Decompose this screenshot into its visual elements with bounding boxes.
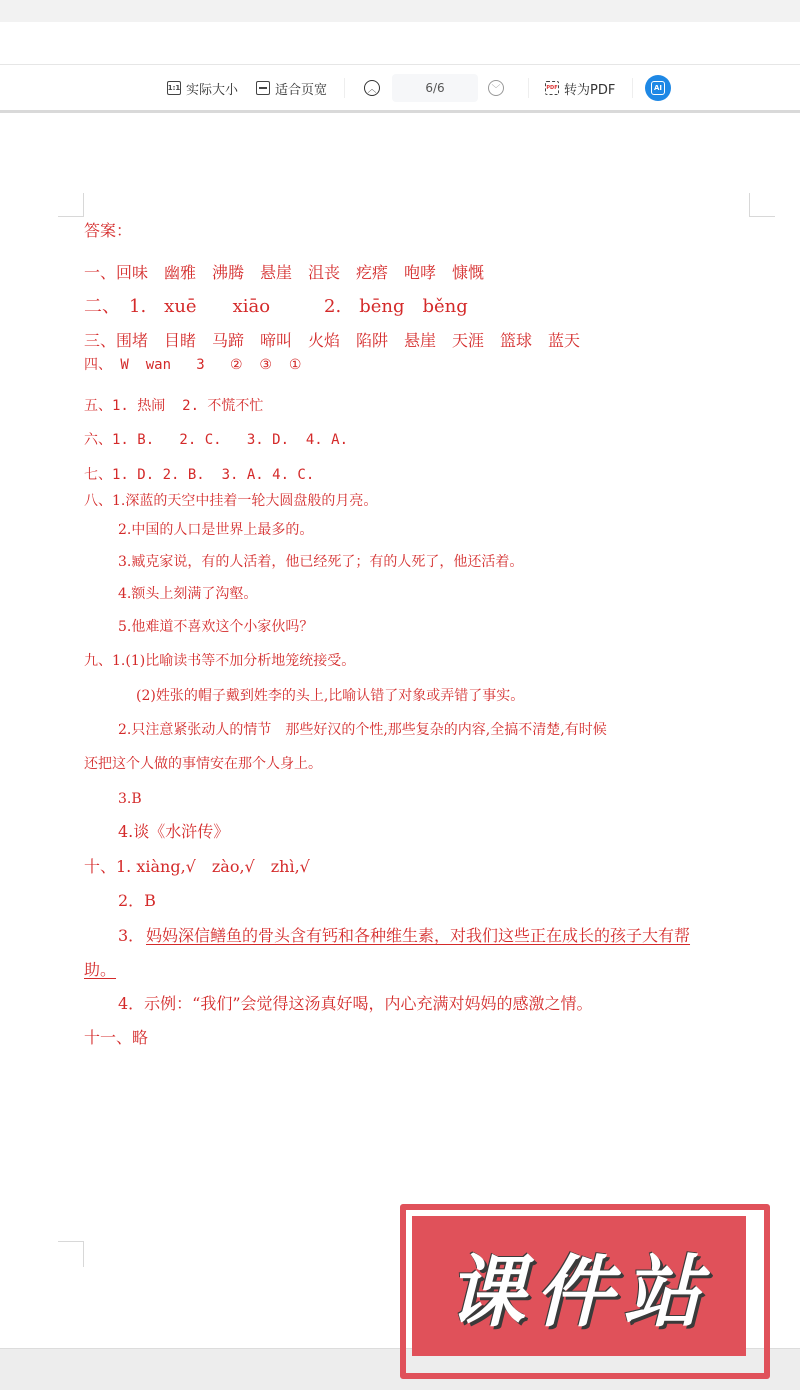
top-strip bbox=[0, 0, 800, 22]
answer-line-17: 3.B bbox=[118, 789, 142, 809]
answer-line-16: 还把这个人做的事情安在那个人身上。 bbox=[84, 754, 322, 774]
answer-line-9: 2.中国的人口是世界上最多的。 bbox=[118, 520, 313, 540]
answer-line-23: 4．示例：“我们”会觉得这汤真好喝，内心充满对妈妈的感激之情。 bbox=[118, 994, 593, 1014]
answer-line-19: 十、1. xiàng,√ zào,√ zhì,√ bbox=[84, 857, 310, 877]
page-indicator[interactable]: 6/6 bbox=[392, 74, 478, 102]
answer-line-13: 九、1.(1)比喻读书等不加分析地笼统接受。 bbox=[84, 651, 355, 671]
watermark-stamp: 课件站 bbox=[400, 1204, 770, 1379]
stamp-fill: 课件站 bbox=[412, 1216, 746, 1356]
fit-width-icon bbox=[256, 81, 270, 95]
answer-line-2: 二、 1. xuē xiāo 2. bēng běng bbox=[84, 297, 468, 317]
actual-size-button[interactable]: 1:1 实际大小 bbox=[167, 66, 238, 110]
crop-mark-top-left bbox=[58, 193, 84, 217]
toolbar-divider bbox=[344, 78, 345, 98]
answer-line-14: (2)姓张的帽子戴到姓李的头上,比喻认错了对象或弄错了事实。 bbox=[136, 686, 524, 706]
crop-mark-top-right bbox=[749, 193, 775, 217]
answer-line-18: 4.谈《水浒传》 bbox=[118, 822, 229, 842]
answer-line-1: 一、回味 幽雅 沸腾 悬崖 沮丧 疙瘩 咆哮 慷慨 bbox=[84, 263, 484, 283]
answer-line-3: 三、围堵 目睹 马蹄 啼叫 火焰 陷阱 悬崖 天涯 篮球 蓝天 bbox=[84, 331, 580, 351]
answer-line-15: 2.只注意紧张动人的情节 那些好汉的个性,那些复杂的内容,全搞不清楚,有时候 bbox=[118, 720, 607, 740]
crop-mark-bottom-left bbox=[58, 1241, 84, 1267]
previous-page-button[interactable]: ︿ bbox=[364, 80, 380, 96]
answer-line-4: 四、 W wan 3 ② ③ ① bbox=[84, 355, 301, 375]
actual-size-label: 实际大小 bbox=[186, 79, 238, 98]
watermark-text: 课件站 bbox=[447, 1230, 711, 1342]
answer-line-7: 七、1. D. 2. B. 3. A. 4. C. bbox=[84, 465, 314, 485]
answer-line-21: 妈妈深信鳝鱼的骨头含有钙和各种维生素，对我们这些正在成长的孩子大有帮 bbox=[146, 926, 690, 946]
answer-line-6: 六、1. B. 2. C. 3. D. 4. A. bbox=[84, 430, 348, 450]
answer-heading: 答案： bbox=[84, 221, 132, 241]
toolbar-divider bbox=[632, 78, 633, 98]
answer-line-11: 4.额头上刻满了沟壑。 bbox=[118, 584, 257, 604]
answer-line-8: 八、1.深蓝的天空中挂着一轮大圆盘般的月亮。 bbox=[84, 491, 377, 511]
ai-icon: AI bbox=[651, 81, 665, 95]
chevron-up-icon: ︿ bbox=[367, 82, 376, 95]
answer-line-24: 十一、略 bbox=[84, 1028, 148, 1048]
answer-line-12: 5.他难道不喜欢这个小家伙吗？ bbox=[118, 617, 313, 637]
answer-line-5: 五、1. 热闹 2. 不慌不忙 bbox=[84, 396, 263, 416]
chevron-down-icon: ﹀ bbox=[491, 82, 500, 95]
actual-size-icon: 1:1 bbox=[167, 81, 181, 95]
answer-line-20: 2．B bbox=[118, 891, 156, 911]
next-page-button[interactable]: ﹀ bbox=[488, 80, 504, 96]
pdf-convert-icon: PDF bbox=[545, 81, 559, 95]
fit-width-label: 适合页宽 bbox=[275, 79, 327, 98]
answer-line-21-prefix: 3． bbox=[118, 926, 144, 946]
convert-pdf-button[interactable]: PDF 转为PDF bbox=[545, 66, 615, 110]
answer-line-10: 3.臧克家说，有的人活着，他已经死了；有的人死了，他还活着。 bbox=[118, 552, 523, 572]
ai-assistant-button[interactable]: AI bbox=[645, 75, 671, 101]
fit-width-button[interactable]: 适合页宽 bbox=[256, 66, 327, 110]
title-bar bbox=[0, 22, 800, 65]
convert-pdf-label: 转为PDF bbox=[564, 79, 615, 98]
toolbar-divider bbox=[528, 78, 529, 98]
page-number-text: 6/6 bbox=[425, 81, 444, 95]
answer-line-22: 助。 bbox=[84, 960, 116, 980]
